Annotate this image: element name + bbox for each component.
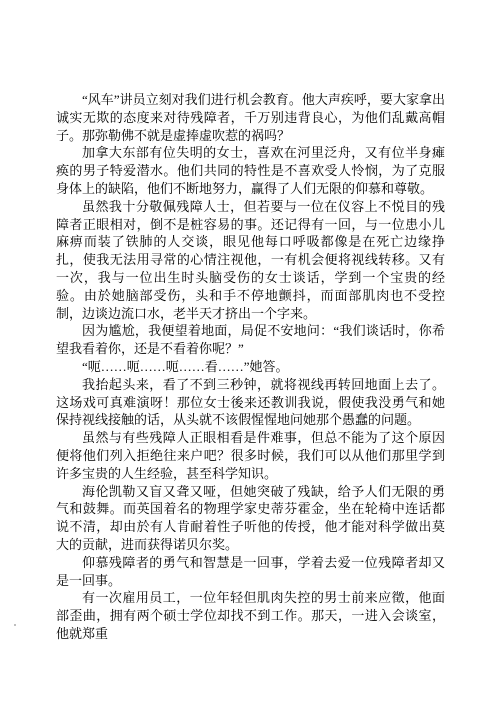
paragraph-8: 海伦凯勒又盲又聋又哑，但她突破了残缺，给予人们无限的勇气和鼓舞。而英国着名的物理… xyxy=(56,483,445,554)
paragraph-9: 仰慕残障者的勇气和智慧是一回事，学着去爱一位残障者却又是一回事。 xyxy=(56,554,445,590)
paragraph-7: 虽然与有些残障人正眼相看是件难事，但总不能为了这个原因便将他们列入拒绝往来户吧？… xyxy=(56,429,445,482)
paragraph-10: 有一次雇用员工，一位年轻但肌肉失控的男士前来应徵，他面部歪曲，拥有两个硕士学位却… xyxy=(56,589,445,642)
body-text: “风车”讲员立刻对我们进行机会教育。他大声疾呼，要大家拿出诚实无欺的态度来对待残… xyxy=(56,91,445,643)
paragraph-5: “呃……呃……呃……看……”她答。 xyxy=(56,358,445,376)
paragraph-4: 因为尴尬，我便望着地面，局促不安地问：“我们谈话时，你希望我看着你，还是不看着你… xyxy=(56,322,445,358)
paragraph-1: “风车”讲员立刻对我们进行机会教育。他大声疾呼，要大家拿出诚实无欺的态度来对待残… xyxy=(56,91,445,144)
paragraph-2: 加拿大东部有位失明的女士，喜欢在河里泛舟，又有位半身瘫痪的男子特爱潜水。他们共同… xyxy=(56,144,445,197)
paragraph-3: 虽然我十分敬佩残障人士，但若要与一位在仪容上不悦目的残障者正眼相对，倒不是桩容易… xyxy=(56,198,445,323)
paragraph-6: 我抬起头来，看了不到三秒钟，就将视线再转回地面上去了。这场戏可真难演呀！那位女士… xyxy=(56,376,445,429)
scan-speck xyxy=(14,624,16,626)
document-page: “风车”讲员立刻对我们进行机会教育。他大声疾呼，要大家拿出诚实无欺的态度来对待残… xyxy=(0,0,501,711)
